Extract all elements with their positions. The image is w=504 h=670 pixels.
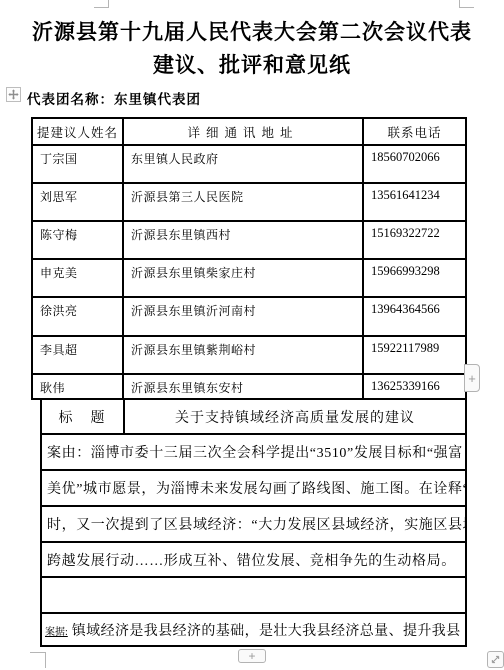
cell-address: 沂源县东里镇柴家庄村 bbox=[123, 259, 363, 297]
table-row: 耿伟 沂源县东里镇东安村 13625339166 bbox=[32, 374, 466, 399]
cell-name: 丁宗国 bbox=[32, 145, 123, 183]
basis-label: 案据: bbox=[45, 627, 68, 638]
cell-name: 李具超 bbox=[32, 336, 123, 374]
table-row: 李具超 沂源县东里镇紫荆峪村 15922117989 bbox=[32, 336, 466, 374]
header-address: 详细通讯地址 bbox=[123, 118, 363, 145]
basis-row: 案据:镇域经济是我县经济的基础，是壮大我县经济总量、提升我县 bbox=[41, 613, 466, 646]
cell-phone: 18560702066 bbox=[363, 145, 466, 183]
form-title-row: 标 题 关于支持镇域经济高质量发展的建议 bbox=[41, 399, 466, 434]
cell-phone: 15966993298 bbox=[363, 259, 466, 297]
basis-line: 案据:镇域经济是我县经济的基础，是壮大我县经济总量、提升我县 bbox=[41, 613, 466, 646]
form-reason-section: 案由：淄博市委十三届三次全会科学提出“3510”发展目标和“强富 美优”城市愿景… bbox=[41, 434, 466, 613]
table-row: 徐洪亮 沂源县东里镇沂河南村 13964364566 bbox=[32, 297, 466, 336]
table-resize-handle[interactable] bbox=[487, 651, 504, 668]
representatives-table: 提建议人姓名 详细通讯地址 联系电话 丁宗国 东里镇人民政府 185607020… bbox=[31, 117, 467, 400]
reason-line-text bbox=[41, 577, 466, 613]
plus-icon: + bbox=[248, 649, 255, 663]
form-basis-section: 案据:镇域经济是我县经济的基础，是壮大我县经济总量、提升我县 bbox=[41, 613, 466, 646]
reason-line-row: 案由：淄博市委十三届三次全会科学提出“3510”发展目标和“强富 bbox=[41, 434, 466, 470]
reason-line-text: 时，又一次提到了区县域经济：“大力发展区县域经济，实施区县域经济 bbox=[41, 506, 466, 542]
header-phone: 联系电话 bbox=[363, 118, 466, 145]
table-move-handle-icon[interactable] bbox=[6, 87, 21, 102]
diagonal-resize-icon bbox=[490, 654, 501, 665]
document-title-line2: 建议、批评和意见纸 bbox=[0, 49, 504, 79]
cell-name: 徐洪亮 bbox=[32, 297, 123, 336]
cell-phone: 15169322722 bbox=[363, 221, 466, 259]
page-margin-mark-top-left bbox=[94, 0, 109, 8]
suggestion-form-table: 标 题 关于支持镇域经济高质量发展的建议 案由：淄博市委十三届三次全会科学提出“… bbox=[40, 398, 467, 647]
insert-row-bottom-button[interactable]: + bbox=[238, 649, 266, 663]
reason-line-text: 跨越发展行动……形成互补、错位发展、竞相争先的生动格局。 bbox=[41, 542, 466, 577]
reason-line-text: 案由：淄博市委十三届三次全会科学提出“3510”发展目标和“强富 bbox=[41, 434, 466, 470]
basis-text: 镇域经济是我县经济的基础，是壮大我县经济总量、提升我县 bbox=[72, 624, 461, 639]
representatives-table-body: 丁宗国 东里镇人民政府 18560702066 刘思军 沂源县第三人民医院 13… bbox=[32, 145, 466, 399]
reason-line-row: 美优”城市愿景，为淄博未来发展勾画了路线图、施工图。在诠释“强” bbox=[41, 470, 466, 506]
cell-phone: 13625339166 bbox=[363, 374, 466, 399]
table-row: 丁宗国 东里镇人民政府 18560702066 bbox=[32, 145, 466, 183]
cell-address: 沂源县东里镇东安村 bbox=[123, 374, 363, 399]
cell-phone: 15922117989 bbox=[363, 336, 466, 374]
document-title-line1: 沂源县第十九届人民代表大会第二次会议代表 bbox=[0, 16, 504, 46]
representatives-table-header: 提建议人姓名 详细通讯地址 联系电话 bbox=[32, 118, 466, 145]
reason-line-row: 跨越发展行动……形成互补、错位发展、竞相争先的生动格局。 bbox=[41, 542, 466, 577]
form-title-value: 关于支持镇域经济高质量发展的建议 bbox=[124, 399, 466, 434]
delegation-name-line: 代表团名称：东里镇代表团 bbox=[27, 88, 201, 108]
table-row: 刘思军 沂源县第三人民医院 13561641234 bbox=[32, 183, 466, 221]
cell-name: 陈守梅 bbox=[32, 221, 123, 259]
insert-row-right-button[interactable]: + bbox=[464, 364, 480, 392]
table-row: 申克美 沂源县东里镇柴家庄村 15966993298 bbox=[32, 259, 466, 297]
delegation-label: 代表团名称： bbox=[27, 92, 114, 107]
cell-address: 沂源县东里镇西村 bbox=[123, 221, 363, 259]
page-margin-mark-top-right bbox=[459, 0, 474, 8]
delegation-value: 东里镇代表团 bbox=[114, 92, 201, 107]
cell-name: 刘思军 bbox=[32, 183, 123, 221]
four-way-arrow-icon bbox=[8, 89, 19, 100]
form-title-section: 标 题 关于支持镇域经济高质量发展的建议 bbox=[41, 399, 466, 434]
form-title-label: 标 题 bbox=[41, 399, 124, 434]
cell-phone: 13561641234 bbox=[363, 183, 466, 221]
cell-address: 沂源县东里镇沂河南村 bbox=[123, 297, 363, 336]
reason-line-row: 时，又一次提到了区县域经济：“大力发展区县域经济，实施区县域经济 bbox=[41, 506, 466, 542]
reason-line-row bbox=[41, 577, 466, 613]
header-name: 提建议人姓名 bbox=[32, 118, 123, 145]
cell-address: 沂源县东里镇紫荆峪村 bbox=[123, 336, 363, 374]
reason-line-text: 美优”城市愿景，为淄博未来发展勾画了路线图、施工图。在诠释“强” bbox=[41, 470, 466, 506]
cell-address: 沂源县第三人民医院 bbox=[123, 183, 363, 221]
cell-name: 耿伟 bbox=[32, 374, 123, 399]
table-row: 陈守梅 沂源县东里镇西村 15169322722 bbox=[32, 221, 466, 259]
cell-address: 东里镇人民政府 bbox=[123, 145, 363, 183]
cell-name: 申克美 bbox=[32, 259, 123, 297]
plus-icon: + bbox=[468, 371, 476, 386]
cell-phone: 13964364566 bbox=[363, 297, 466, 336]
page-margin-mark-bottom-left bbox=[30, 652, 46, 668]
